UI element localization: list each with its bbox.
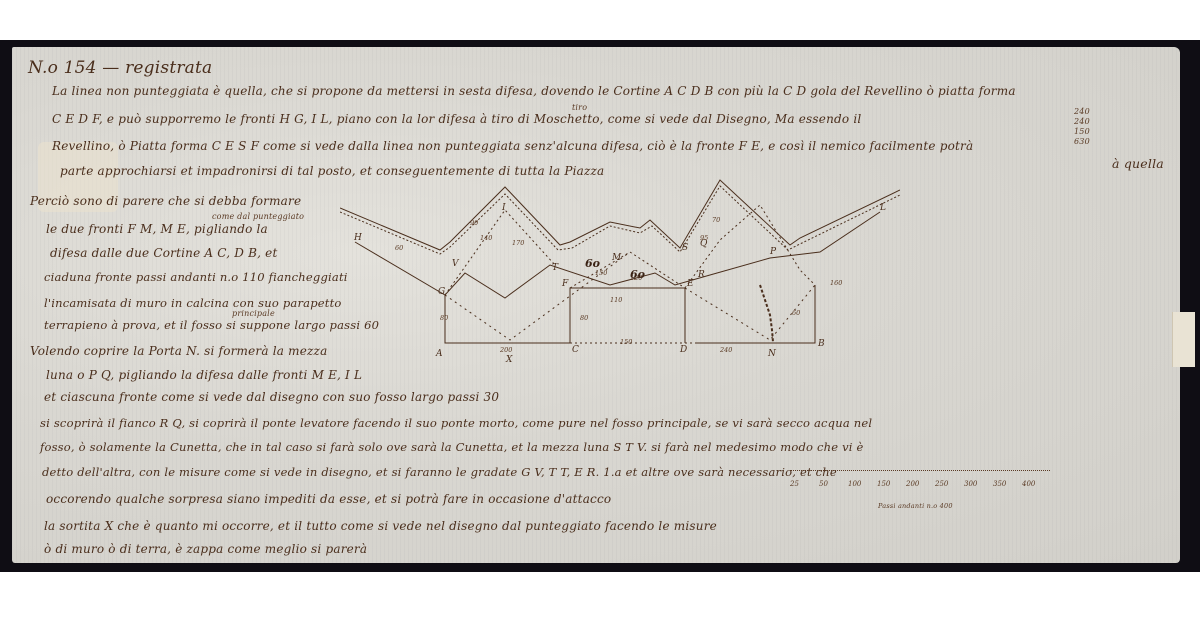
measurement: 110 — [610, 296, 622, 304]
measurement: 140 — [480, 234, 492, 242]
measurement: 80 — [580, 314, 588, 322]
label-I: I — [501, 203, 506, 213]
label-S: S — [682, 243, 688, 253]
label-C: C — [572, 345, 579, 355]
label-B: B — [817, 339, 825, 349]
measurement: 80 — [440, 314, 448, 322]
label-H: H — [353, 233, 362, 243]
paragraph3-line: si scoprirà il fianco R Q, si coprirà il… — [40, 416, 872, 430]
margin-number: 240 — [1074, 117, 1090, 126]
scale-caption: Passi andanti n.o 400 — [878, 502, 953, 510]
scale-tick: 350 — [993, 480, 1022, 488]
figure-mark: 6o — [585, 257, 600, 270]
paragraph3-line: detto dell'altra, con le misure come si … — [42, 465, 837, 479]
document-number: N.o 154 — registrata — [28, 58, 212, 78]
margin-number: 240 — [1074, 107, 1090, 116]
scale-tick: 50 — [819, 480, 848, 488]
label-N: N — [767, 349, 777, 359]
paragraph2-line: luna o P Q, pigliando la difesa dalle fr… — [46, 368, 362, 382]
label-P: P — [769, 247, 777, 257]
paragraph2-line: difesa dalle due Cortine A C, D B, et — [50, 246, 277, 260]
paragraph2-line: le due fronti F M, M E, pigliando la — [46, 222, 268, 236]
label-E: E — [686, 279, 694, 289]
paragraph1-line: Revellino, ò Piatta forma C E S F come s… — [52, 139, 973, 153]
paragraph3-line: et ciascuna fronte come si vede dal dise… — [44, 390, 499, 404]
label-M: M — [611, 253, 622, 263]
label-F: F — [561, 279, 569, 289]
scale-bar: 2550100150200250300350400 — [790, 470, 1051, 491]
paragraph2-line: l'incamisata di muro in calcina con suo … — [44, 296, 342, 310]
scale-tick: 150 — [877, 480, 906, 488]
paragraph2-line: Volendo coprire la Porta N. si formerà l… — [30, 344, 327, 358]
measurement: 70 — [712, 216, 720, 224]
insertion: come dal punteggiato — [212, 212, 304, 221]
label-L: L — [879, 203, 886, 213]
measurement: 90 — [470, 219, 478, 227]
scale-tick: 250 — [935, 480, 964, 488]
scale-tick: 400 — [1022, 480, 1051, 488]
margin-note: à quella — [1112, 156, 1164, 171]
paragraph2-line: ciaduna fronte passi andanti n.o 110 fia… — [44, 270, 348, 284]
measurement: 200 — [499, 346, 512, 354]
measurement: 95 — [700, 234, 708, 242]
measurement: 240 — [719, 346, 732, 354]
label-X: X — [505, 355, 513, 365]
label-A: A — [435, 349, 443, 359]
paragraph3-line: fosso, ò solamente la Cunetta, che in ta… — [40, 440, 864, 454]
paragraph3-line: occorendo qualche sorpresa siano impedit… — [46, 492, 611, 506]
measurement: 150 — [595, 269, 607, 277]
measurement: 60 — [792, 309, 800, 317]
paragraph1-line: C E D F, e può supporremo le fronti H G,… — [52, 112, 861, 126]
measurement: 160 — [830, 279, 842, 287]
scale-tick: 200 — [906, 480, 935, 488]
margin-number: 150 — [1074, 127, 1090, 136]
measurement: 60 — [395, 244, 403, 252]
scale-tick: 25 — [790, 480, 819, 488]
paragraph2-line: Perciò sono di parere che si debba forma… — [30, 194, 301, 208]
measurement: 150 — [620, 338, 632, 346]
correction-above: tiro — [572, 103, 587, 112]
insertion: principale — [232, 309, 275, 318]
scale-tick: 100 — [848, 480, 877, 488]
paragraph3-line: ò di muro ò di terra, è zappa come megli… — [44, 542, 367, 556]
paragraph1-line: La linea non punteggiata è quella, che s… — [52, 84, 1016, 98]
label-R: R — [697, 270, 705, 280]
margin-number: 630 — [1074, 137, 1090, 146]
label-D: D — [679, 345, 687, 355]
label-G: G — [438, 287, 445, 297]
paragraph3-line: la sortita X che è quanto mi occorre, et… — [44, 519, 717, 533]
paper-tear — [1172, 312, 1195, 367]
label-V: V — [452, 259, 460, 269]
label-T: T — [552, 263, 559, 273]
figure-mark: 6o — [630, 268, 645, 281]
paragraph2-line: terrapieno à prova, et il fosso si suppo… — [44, 318, 379, 332]
fortification-plan: H G V T M S R P I L F E C D A B N X Q 60… — [340, 170, 900, 380]
scale-tick: 300 — [964, 480, 993, 488]
measurement: 170 — [512, 239, 524, 247]
